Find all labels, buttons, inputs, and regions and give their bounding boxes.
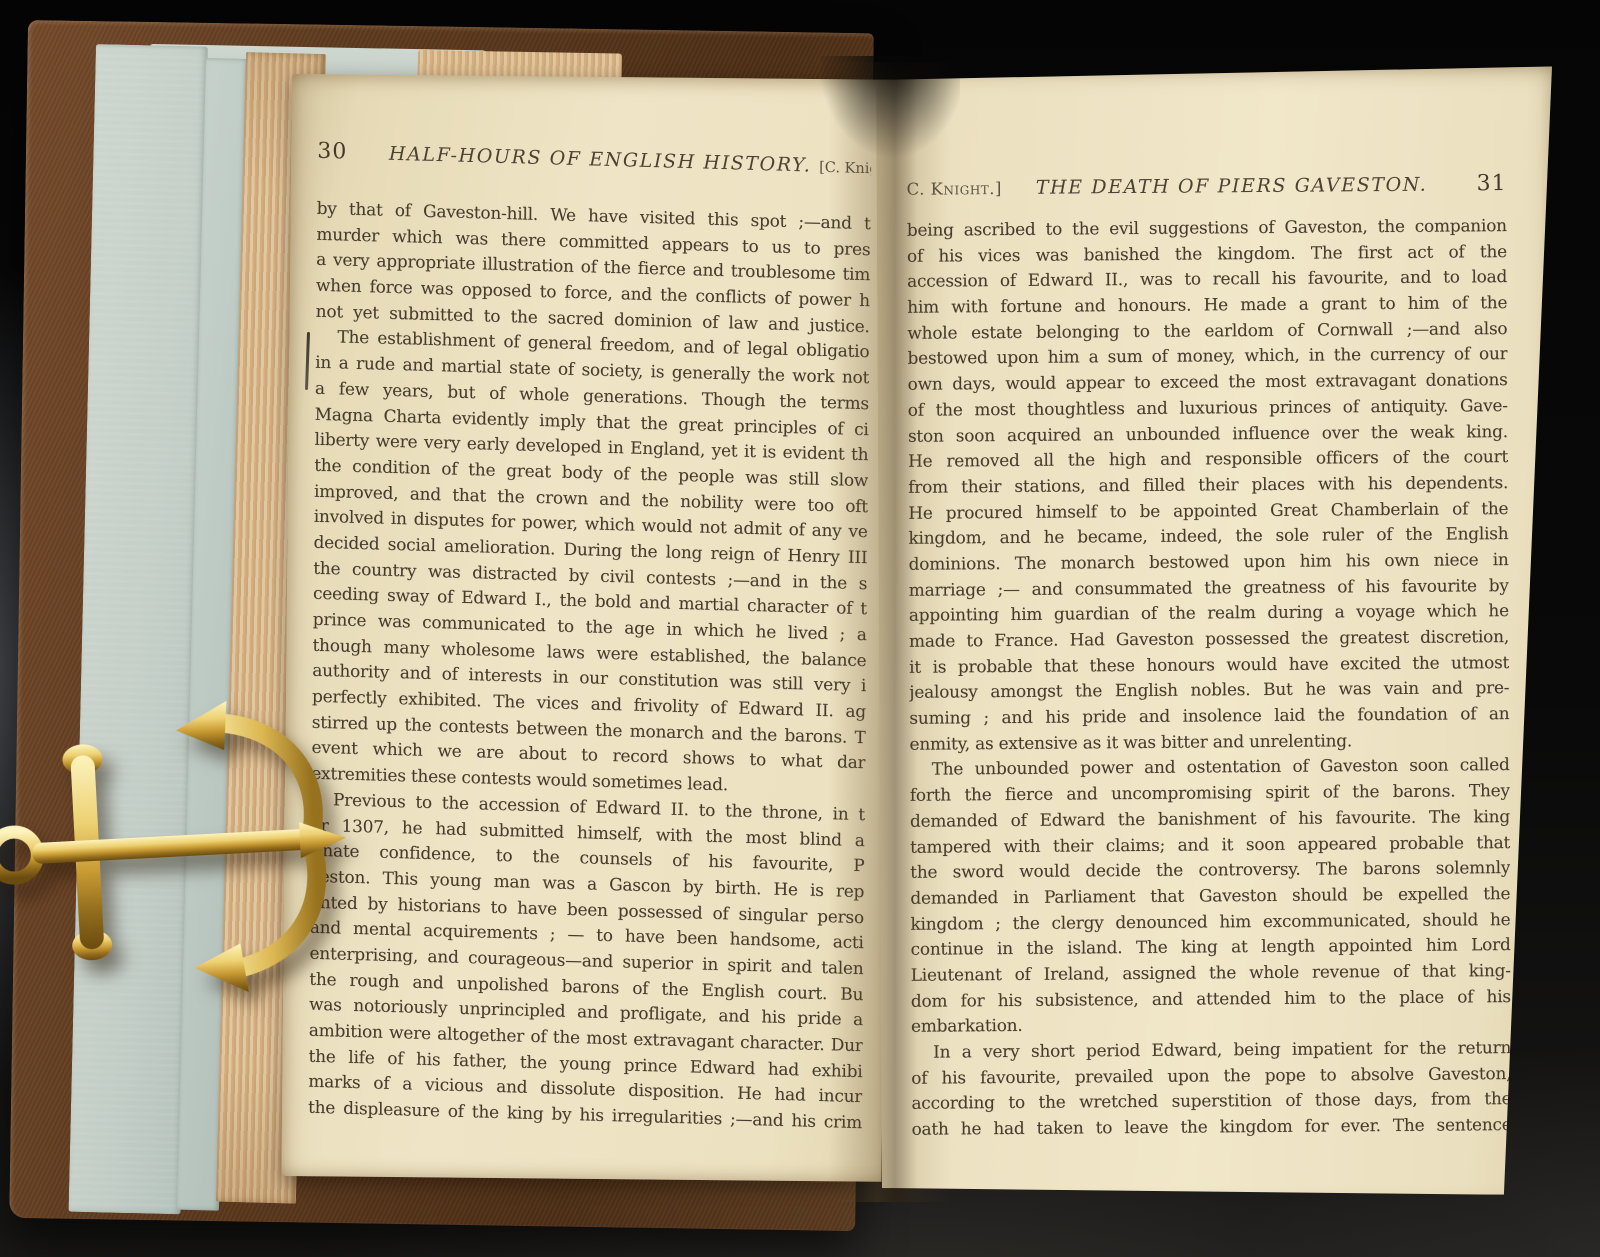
left-gutter-fragment: [C. Knig xyxy=(819,160,871,177)
right-page-number: 31 xyxy=(1447,171,1507,196)
right-page-body: being ascribed to the evil suggestions o… xyxy=(907,213,1512,1142)
right-attribution: C. Knight.] xyxy=(907,179,1017,199)
text-line: demanded of Edward the banishment of his… xyxy=(910,804,1510,834)
text-line: of the most thoughtless and luxurious pr… xyxy=(908,393,1508,423)
text-line: suming ; and his pride and insolence lai… xyxy=(909,701,1509,731)
left-page-number: 30 xyxy=(317,139,381,166)
text-line: dom for his subsistence, and attended hi… xyxy=(911,984,1511,1014)
book-photograph: 30 HALF-HOURS OF ENGLISH HISTORY. [C. Kn… xyxy=(0,0,1600,1257)
right-page: C. Knight.] THE DEATH OF PIERS GAVESTON.… xyxy=(876,66,1558,1198)
right-page-header: C. Knight.] THE DEATH OF PIERS GAVESTON.… xyxy=(907,171,1507,201)
left-running-header: HALF-HOURS OF ENGLISH HISTORY. xyxy=(381,143,819,177)
brass-anchor-clip-icon xyxy=(0,678,396,1011)
right-running-header: THE DEATH OF PIERS GAVESTON. xyxy=(1017,174,1447,199)
text-line: oath he had taken to leave the kingdom f… xyxy=(911,1112,1511,1142)
left-page-body: by that of Gaveston-hill. We have visite… xyxy=(308,196,871,1136)
left-page-header: 30 HALF-HOURS OF ENGLISH HISTORY. [C. Kn… xyxy=(317,139,871,179)
left-page: 30 HALF-HOURS OF ENGLISH HISTORY. [C. Kn… xyxy=(281,74,892,1182)
